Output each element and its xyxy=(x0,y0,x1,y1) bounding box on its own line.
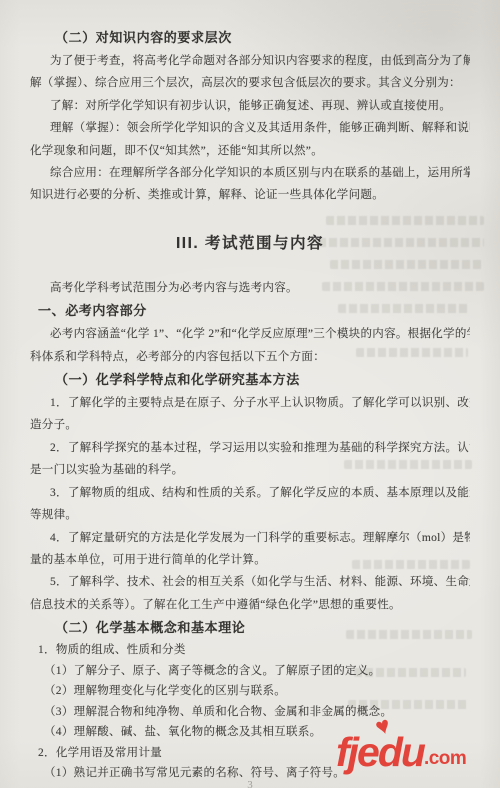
list-item-line: 3．了解物质的组成、结构和性质的关系。了解化学反应的本质、基本原理以及能量变化 xyxy=(30,482,470,504)
paragraph-line: 综合应用：在理解所学各部分化学知识的本质区别与内在联系的基础上，运用所掌握的 xyxy=(30,162,470,184)
topic-line: 1．物质的组成、性质和分类 xyxy=(30,640,470,661)
list-item-line: 5．了解科学、技术、社会的相互关系（如化学与生活、材料、能源、环境、生命过程、 xyxy=(30,571,470,593)
list-item-line: 造分子。 xyxy=(30,414,470,436)
subitem-line: （1）了解分子、原子、离子等概念的含义。了解原子团的定义。 xyxy=(30,661,470,682)
subitem-line: （2）理解物理变化与化学变化的区别与联系。 xyxy=(30,681,470,702)
paragraph-line: 化学现象和问题，即不仅“知其然”，还能“知其所以然”。 xyxy=(30,140,470,162)
paragraph-line: 高考化学科考试范围分为必考内容与选考内容。 xyxy=(30,277,470,299)
document-page-content: （二）对知识内容的要求层次为了便于考查，将高考化学命题对各部分知识内容要求的程度… xyxy=(0,0,500,784)
part-heading: 一、必考内容部分 xyxy=(30,299,470,323)
section-heading: （二）对知识内容的要求层次 xyxy=(30,26,470,50)
list-item-line: 信息技术的关系等）。了解在化工生产中遵循“绿色化学”思想的重要性。 xyxy=(30,594,470,616)
section-heading: （一）化学科学特点和化学研究基本方法 xyxy=(30,368,470,392)
list-item-line: 1．了解化学的主要特点是在原子、分子水平上认识物质。了解化学可以识别、改变和创 xyxy=(30,392,470,414)
list-item-line: 4．了解定量研究的方法是化学发展为一门科学的重要标志。理解摩尔（mol）是物质的 xyxy=(30,527,470,549)
paragraph-line: 科体系和学科特点，必考部分的内容包括以下五个方面： xyxy=(30,346,470,368)
paragraph-line: 理解（掌握）：领会所学化学知识的含义及其适用条件，能够正确判断、解释和说明有关 xyxy=(30,117,470,139)
paragraph-line: 解（掌握）、综合应用三个层次，高层次的要求包含低层次的要求。其含义分别为： xyxy=(30,72,470,94)
section-heading: （二）化学基本概念和基本理论 xyxy=(30,616,470,640)
page-number: 3 xyxy=(0,779,500,788)
chapter-title: III. 考试范围与内容 xyxy=(30,231,470,257)
paragraph-line: 为了便于考查，将高考化学命题对各部分知识内容要求的程度，由低到高分为了解、理 xyxy=(30,50,470,72)
paragraph-line: 知识进行必要的分析、类推或计算，解释、论证一些具体化学问题。 xyxy=(30,184,470,206)
list-item-line: 是一门以实验为基础的科学。 xyxy=(30,459,470,481)
subitem-line: （4）理解酸、碱、盐、氧化物的概念及其相互联系。 xyxy=(30,722,470,743)
topic-line: 2．化学用语及常用计量 xyxy=(30,743,470,764)
paragraph-line: 了解：对所学化学知识有初步认识，能够正确复述、再现、辨认或直接使用。 xyxy=(30,95,470,117)
list-item-line: 等规律。 xyxy=(30,504,470,526)
subitem-line: （3）理解混合物和纯净物、单质和化合物、金属和非金属的概念。 xyxy=(30,702,470,723)
list-item-line: 量的基本单位，可用于进行简单的化学计算。 xyxy=(30,549,470,571)
paragraph-line: 必考内容涵盖“化学 1”、“化学 2”和“化学反应原理”三个模块的内容。根据化学… xyxy=(30,323,470,345)
list-item-line: 2．了解科学探究的基本过程，学习运用以实验和推理为基础的科学探究方法。认识化学 xyxy=(30,437,470,459)
